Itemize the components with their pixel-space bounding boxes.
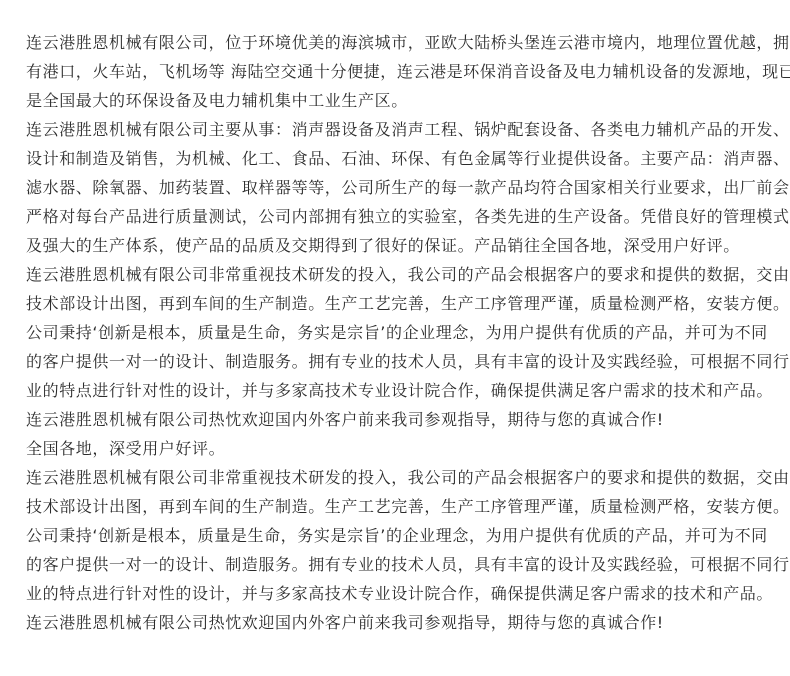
text-line: 技术部设计出图，再到车间的生产制造。生产工艺完善，生产工序管理严谨，质量检测严格… bbox=[26, 289, 766, 318]
paragraph-rnd-repeat: 连云港胜恩机械有限公司非常重视技术研发的投入，我公司的产品会根据客户的要求和提供… bbox=[26, 463, 766, 608]
text-line: 公司秉持‘创新是根本，质量是生命，务实是宗旨’的企业理念，为用户提供有优质的产品… bbox=[26, 318, 766, 347]
text-line: 的客户提供一对一的设计、制造服务。拥有专业的技术人员，具有丰富的设计及实践经验，… bbox=[26, 347, 766, 376]
paragraph-reputation: 全国各地，深受用户好评。 bbox=[26, 434, 766, 463]
company-intro-document: 连云港胜恩机械有限公司，位于环境优美的海滨城市，亚欧大陆桥头堡连云港市境内，地理… bbox=[26, 28, 766, 637]
text-line: 的客户提供一对一的设计、制造服务。拥有专业的技术人员，具有丰富的设计及实践经验，… bbox=[26, 550, 766, 579]
text-line: 全国各地，深受用户好评。 bbox=[26, 434, 766, 463]
text-line: 连云港胜恩机械有限公司非常重视技术研发的投入，我公司的产品会根据客户的要求和提供… bbox=[26, 260, 766, 289]
text-line: 技术部设计出图，再到车间的生产制造。生产工艺完善，生产工序管理严谨，质量检测严格… bbox=[26, 492, 766, 521]
paragraph-location: 连云港胜恩机械有限公司，位于环境优美的海滨城市，亚欧大陆桥头堡连云港市境内，地理… bbox=[26, 28, 766, 115]
text-line: 及强大的生产体系，使产品的品质及交期得到了很好的保证。产品销往全国各地，深受用户… bbox=[26, 231, 766, 260]
text-line: 连云港胜恩机械有限公司热忱欢迎国内外客户前来我司参观指导，期待与您的真诚合作! bbox=[26, 608, 766, 637]
text-line: 设计和制造及销售，为机械、化工、食品、石油、环保、有色金属等行业提供设备。主要产… bbox=[26, 144, 766, 173]
paragraph-business-scope: 连云港胜恩机械有限公司主要从事：消声器设备及消声工程、锅炉配套设备、各类电力辅机… bbox=[26, 115, 766, 260]
paragraph-welcome: 连云港胜恩机械有限公司热忱欢迎国内外客户前来我司参观指导，期待与您的真诚合作! bbox=[26, 405, 766, 434]
text-line: 严格对每台产品进行质量测试，公司内部拥有独立的实验室，各类先进的生产设备。凭借良… bbox=[26, 202, 766, 231]
paragraph-rnd: 连云港胜恩机械有限公司非常重视技术研发的投入，我公司的产品会根据客户的要求和提供… bbox=[26, 260, 766, 405]
text-line: 连云港胜恩机械有限公司主要从事：消声器设备及消声工程、锅炉配套设备、各类电力辅机… bbox=[26, 115, 766, 144]
text-line: 业的特点进行针对性的设计，并与多家高技术专业设计院合作，确保提供满足客户需求的技… bbox=[26, 579, 766, 608]
text-line: 有港口，火车站，飞机场等 海陆空交通十分便捷，连云港是环保消音设备及电力辅机设备… bbox=[26, 57, 766, 86]
paragraph-welcome-repeat: 连云港胜恩机械有限公司热忱欢迎国内外客户前来我司参观指导，期待与您的真诚合作! bbox=[26, 608, 766, 637]
text-line: 是全国最大的环保设备及电力辅机集中工业生产区。 bbox=[26, 86, 766, 115]
text-line: 公司秉持‘创新是根本，质量是生命，务实是宗旨’的企业理念，为用户提供有优质的产品… bbox=[26, 521, 766, 550]
text-line: 业的特点进行针对性的设计，并与多家高技术专业设计院合作，确保提供满足客户需求的技… bbox=[26, 376, 766, 405]
text-line: 滤水器、除氧器、加药装置、取样器等等，公司所生产的每一款产品均符合国家相关行业要… bbox=[26, 173, 766, 202]
text-line: 连云港胜恩机械有限公司热忱欢迎国内外客户前来我司参观指导，期待与您的真诚合作! bbox=[26, 405, 766, 434]
text-line: 连云港胜恩机械有限公司非常重视技术研发的投入，我公司的产品会根据客户的要求和提供… bbox=[26, 463, 766, 492]
text-line: 连云港胜恩机械有限公司，位于环境优美的海滨城市，亚欧大陆桥头堡连云港市境内，地理… bbox=[26, 28, 766, 57]
